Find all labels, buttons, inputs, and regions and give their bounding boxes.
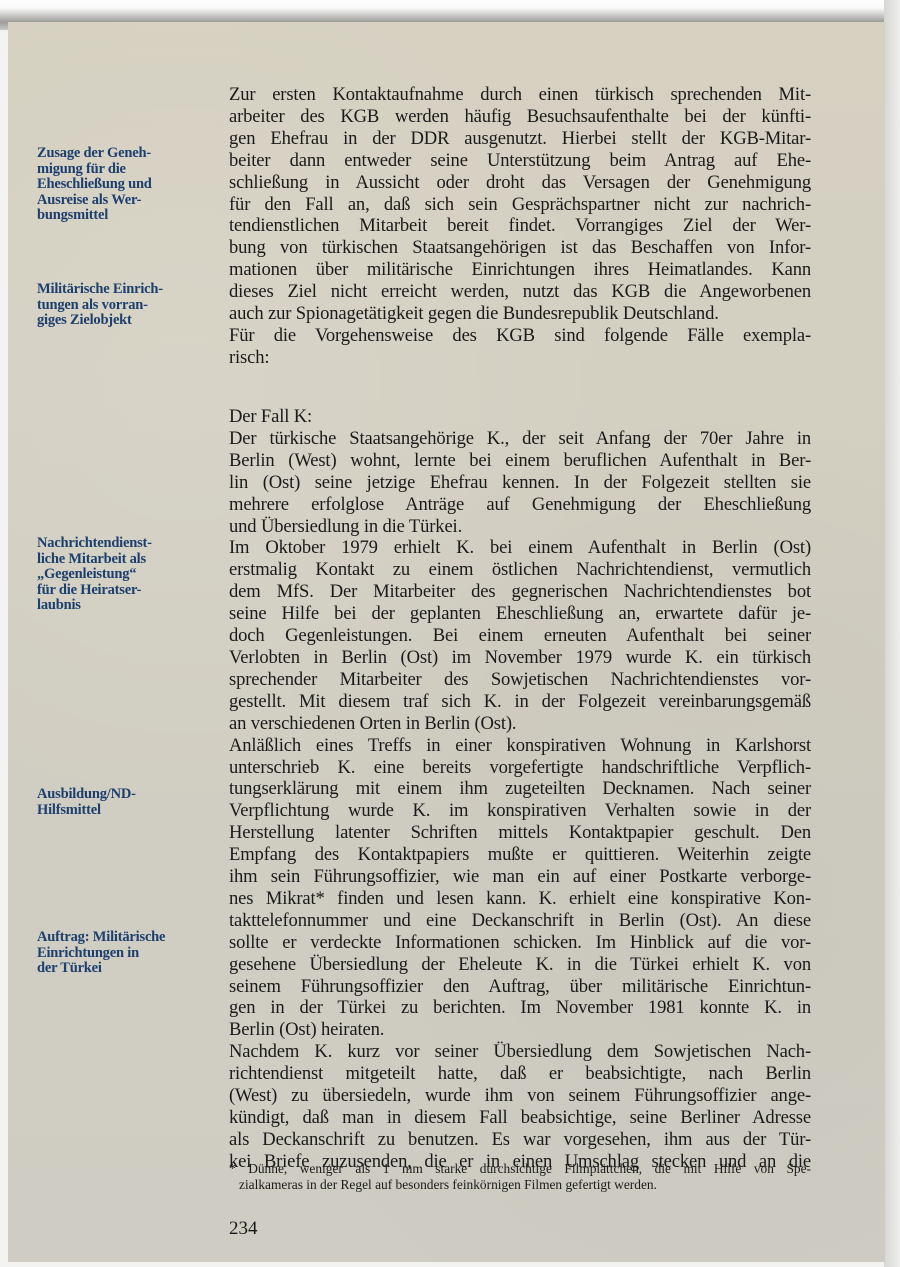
text-line: arbeiter des KGB werden häufig Besuchsau… — [229, 106, 811, 128]
text-line: sollte er verdeckte Informationen schick… — [229, 932, 811, 954]
text-line: Verpflichtung wurde K. im konspirativen … — [229, 800, 811, 822]
text-line: als Deckanschrift zu benutzen. Es war vo… — [229, 1129, 811, 1151]
text-line: schließung in Aussicht oder droht das Ve… — [229, 172, 811, 194]
text-line: beiter dann entweder seine Unterstützung… — [229, 150, 811, 172]
text-line: auch zur Spionagetätigkeit gegen die Bun… — [229, 303, 811, 325]
margin-note-line: Nachrichtendienst- — [37, 536, 212, 552]
margin-note-assignment: Auftrag: Militärische Einrichtungen in d… — [37, 930, 212, 977]
case-paragraph: Nachdem K. kurz vor seiner Übersiedlung … — [229, 1041, 811, 1172]
case-heading: Der Fall K: — [229, 406, 811, 428]
text-line: lin (Ost) seine jetzige Ehefrau kennen. … — [229, 472, 811, 494]
margin-note-line: Hilfsmittel — [37, 803, 212, 819]
margin-note-line: Eheschließung und — [37, 177, 212, 193]
text-line: mehrere erfolglose Anträge auf Genehmigu… — [229, 494, 811, 516]
text-line: Berlin (West) wohnt, lernte bei einem be… — [229, 450, 811, 472]
margin-note-line: für die Heiratser- — [37, 583, 212, 599]
margin-note-military: Militärische Einrich- tungen als vorran-… — [37, 282, 212, 329]
margin-note-line: tungen als vorran- — [37, 298, 212, 314]
text-line: Herstellung latenter Schriften mittels K… — [229, 822, 811, 844]
text-line: takttelefonnummer und eine Deckanschrift… — [229, 910, 811, 932]
text-line: ihm sein Führungsoffizier, wie man ein a… — [229, 866, 811, 888]
margin-note-cooperation: Nachrichtendienst- liche Mitarbeit als „… — [37, 536, 212, 614]
page-number: 234 — [229, 1218, 258, 1240]
case-paragraph: Anläßlich eines Treffs in einer konspira… — [229, 735, 811, 1042]
text-line: kündigt, daß man in diesem Fall beabsich… — [229, 1107, 811, 1129]
text-line: Verlobten in Berlin (Ost) im November 19… — [229, 647, 811, 669]
text-line: * Dünne, weniger als 1 mm starke durchsi… — [229, 1161, 811, 1177]
case-paragraph: Im Oktober 1979 erhielt K. bei einem Auf… — [229, 537, 811, 734]
text-line: mationen über militärische Einrichtungen… — [229, 259, 811, 281]
text-line: unterschrieb K. eine bereits vorgefertig… — [229, 757, 811, 779]
margin-note-line: Ausbildung/ND- — [37, 787, 212, 803]
text-line: gen in der Türkei zu berichten. Im Novem… — [229, 997, 811, 1019]
case-paragraph: Der türkische Staatsangehörige K., der s… — [229, 428, 811, 538]
text-line: tungserklärung mit einem ihm zugeteilten… — [229, 778, 811, 800]
text-line: nes Mikrat* finden und lesen kann. K. er… — [229, 888, 811, 910]
text-line: Anläßlich eines Treffs in einer konspira… — [229, 735, 811, 757]
text-line: zialkameras in der Regel auf besonders f… — [229, 1177, 811, 1193]
text-line: richtendienst mitgeteilt hatte, daß er b… — [229, 1063, 811, 1085]
intro-paragraph: Zur ersten Kontaktaufnahme durch einen t… — [229, 84, 811, 325]
text-line: an verschiedenen Orten in Berlin (Ost). — [229, 713, 811, 735]
text-line: doch Gegenleistungen. Bei einem erneuten… — [229, 625, 811, 647]
margin-note-line: Einrichtungen in — [37, 946, 212, 962]
footnote: * Dünne, weniger als 1 mm starke durchsi… — [229, 1161, 811, 1192]
text-line: bung von türkischen Staatsangehörigen is… — [229, 237, 811, 259]
text-line: Für die Vorgehensweise des KGB sind folg… — [229, 325, 811, 347]
scan-edge — [884, 0, 900, 1267]
text-line: seine Hilfe bei der geplanten Eheschließ… — [229, 603, 811, 625]
text-line: seinem Führungsoffizier den Auftrag, übe… — [229, 976, 811, 998]
margin-note-line: liche Mitarbeit als — [37, 552, 212, 568]
margin-note-line: giges Zielobjekt — [37, 313, 212, 329]
text-line: Zur ersten Kontaktaufnahme durch einen t… — [229, 84, 811, 106]
text-line: (West) zu übersiedeln, wurde ihm von sei… — [229, 1085, 811, 1107]
margin-note-training: Ausbildung/ND- Hilfsmittel — [37, 787, 212, 818]
margin-note-line: migung für die — [37, 162, 212, 178]
text-line: gestellt. Mit diesem traf sich K. in der… — [229, 691, 811, 713]
text-line: Der türkische Staatsangehörige K., der s… — [229, 428, 811, 450]
text-line: erstmalig Kontakt zu einem östlichen Nac… — [229, 559, 811, 581]
text-line: dem MfS. Der Mitarbeiter des gegnerische… — [229, 581, 811, 603]
text-line: Berlin (Ost) heiraten. — [229, 1019, 811, 1041]
margin-note-line: „Gegenleistung“ — [37, 567, 212, 583]
text-line: tendienstlichen Mitarbeit bereit findet.… — [229, 215, 811, 237]
margin-note-line: laubnis — [37, 598, 212, 614]
text-line: risch: — [229, 347, 811, 369]
text-line: für den Fall an, daß sich sein Gesprächs… — [229, 194, 811, 216]
text-line: Nachdem K. kurz vor seiner Übersiedlung … — [229, 1041, 811, 1063]
text-line: gesehene Übersiedlung der Eheleute K. in… — [229, 954, 811, 976]
margin-note-line: Zusage der Geneh- — [37, 146, 212, 162]
text-line: sprechender Mitarbeiter des Sowjetischen… — [229, 669, 811, 691]
margin-note-line: Militärische Einrich- — [37, 282, 212, 298]
case-section: Der Fall K: Der türkische Staatsangehöri… — [229, 406, 811, 1173]
text-line: Empfang des Kontaktpapiers mußte er quit… — [229, 844, 811, 866]
margin-note-line: bungsmittel — [37, 208, 212, 224]
text-line: und Übersiedlung in die Türkei. — [229, 516, 811, 538]
margin-note-line: Ausreise als Wer- — [37, 193, 212, 209]
document-page: Zusage der Geneh- migung für die Eheschl… — [8, 22, 885, 1262]
text-line: dieses Ziel nicht erreicht werden, nutzt… — [229, 281, 811, 303]
cases-intro-paragraph: Für die Vorgehensweise des KGB sind folg… — [229, 325, 811, 369]
text-line: gen Ehefrau in der DDR ausgenutzt. Hierb… — [229, 128, 811, 150]
margin-note-line: der Türkei — [37, 961, 212, 977]
margin-note-line: Auftrag: Militärische — [37, 930, 212, 946]
margin-note-approval: Zusage der Geneh- migung für die Eheschl… — [37, 146, 212, 224]
text-line: Im Oktober 1979 erhielt K. bei einem Auf… — [229, 537, 811, 559]
